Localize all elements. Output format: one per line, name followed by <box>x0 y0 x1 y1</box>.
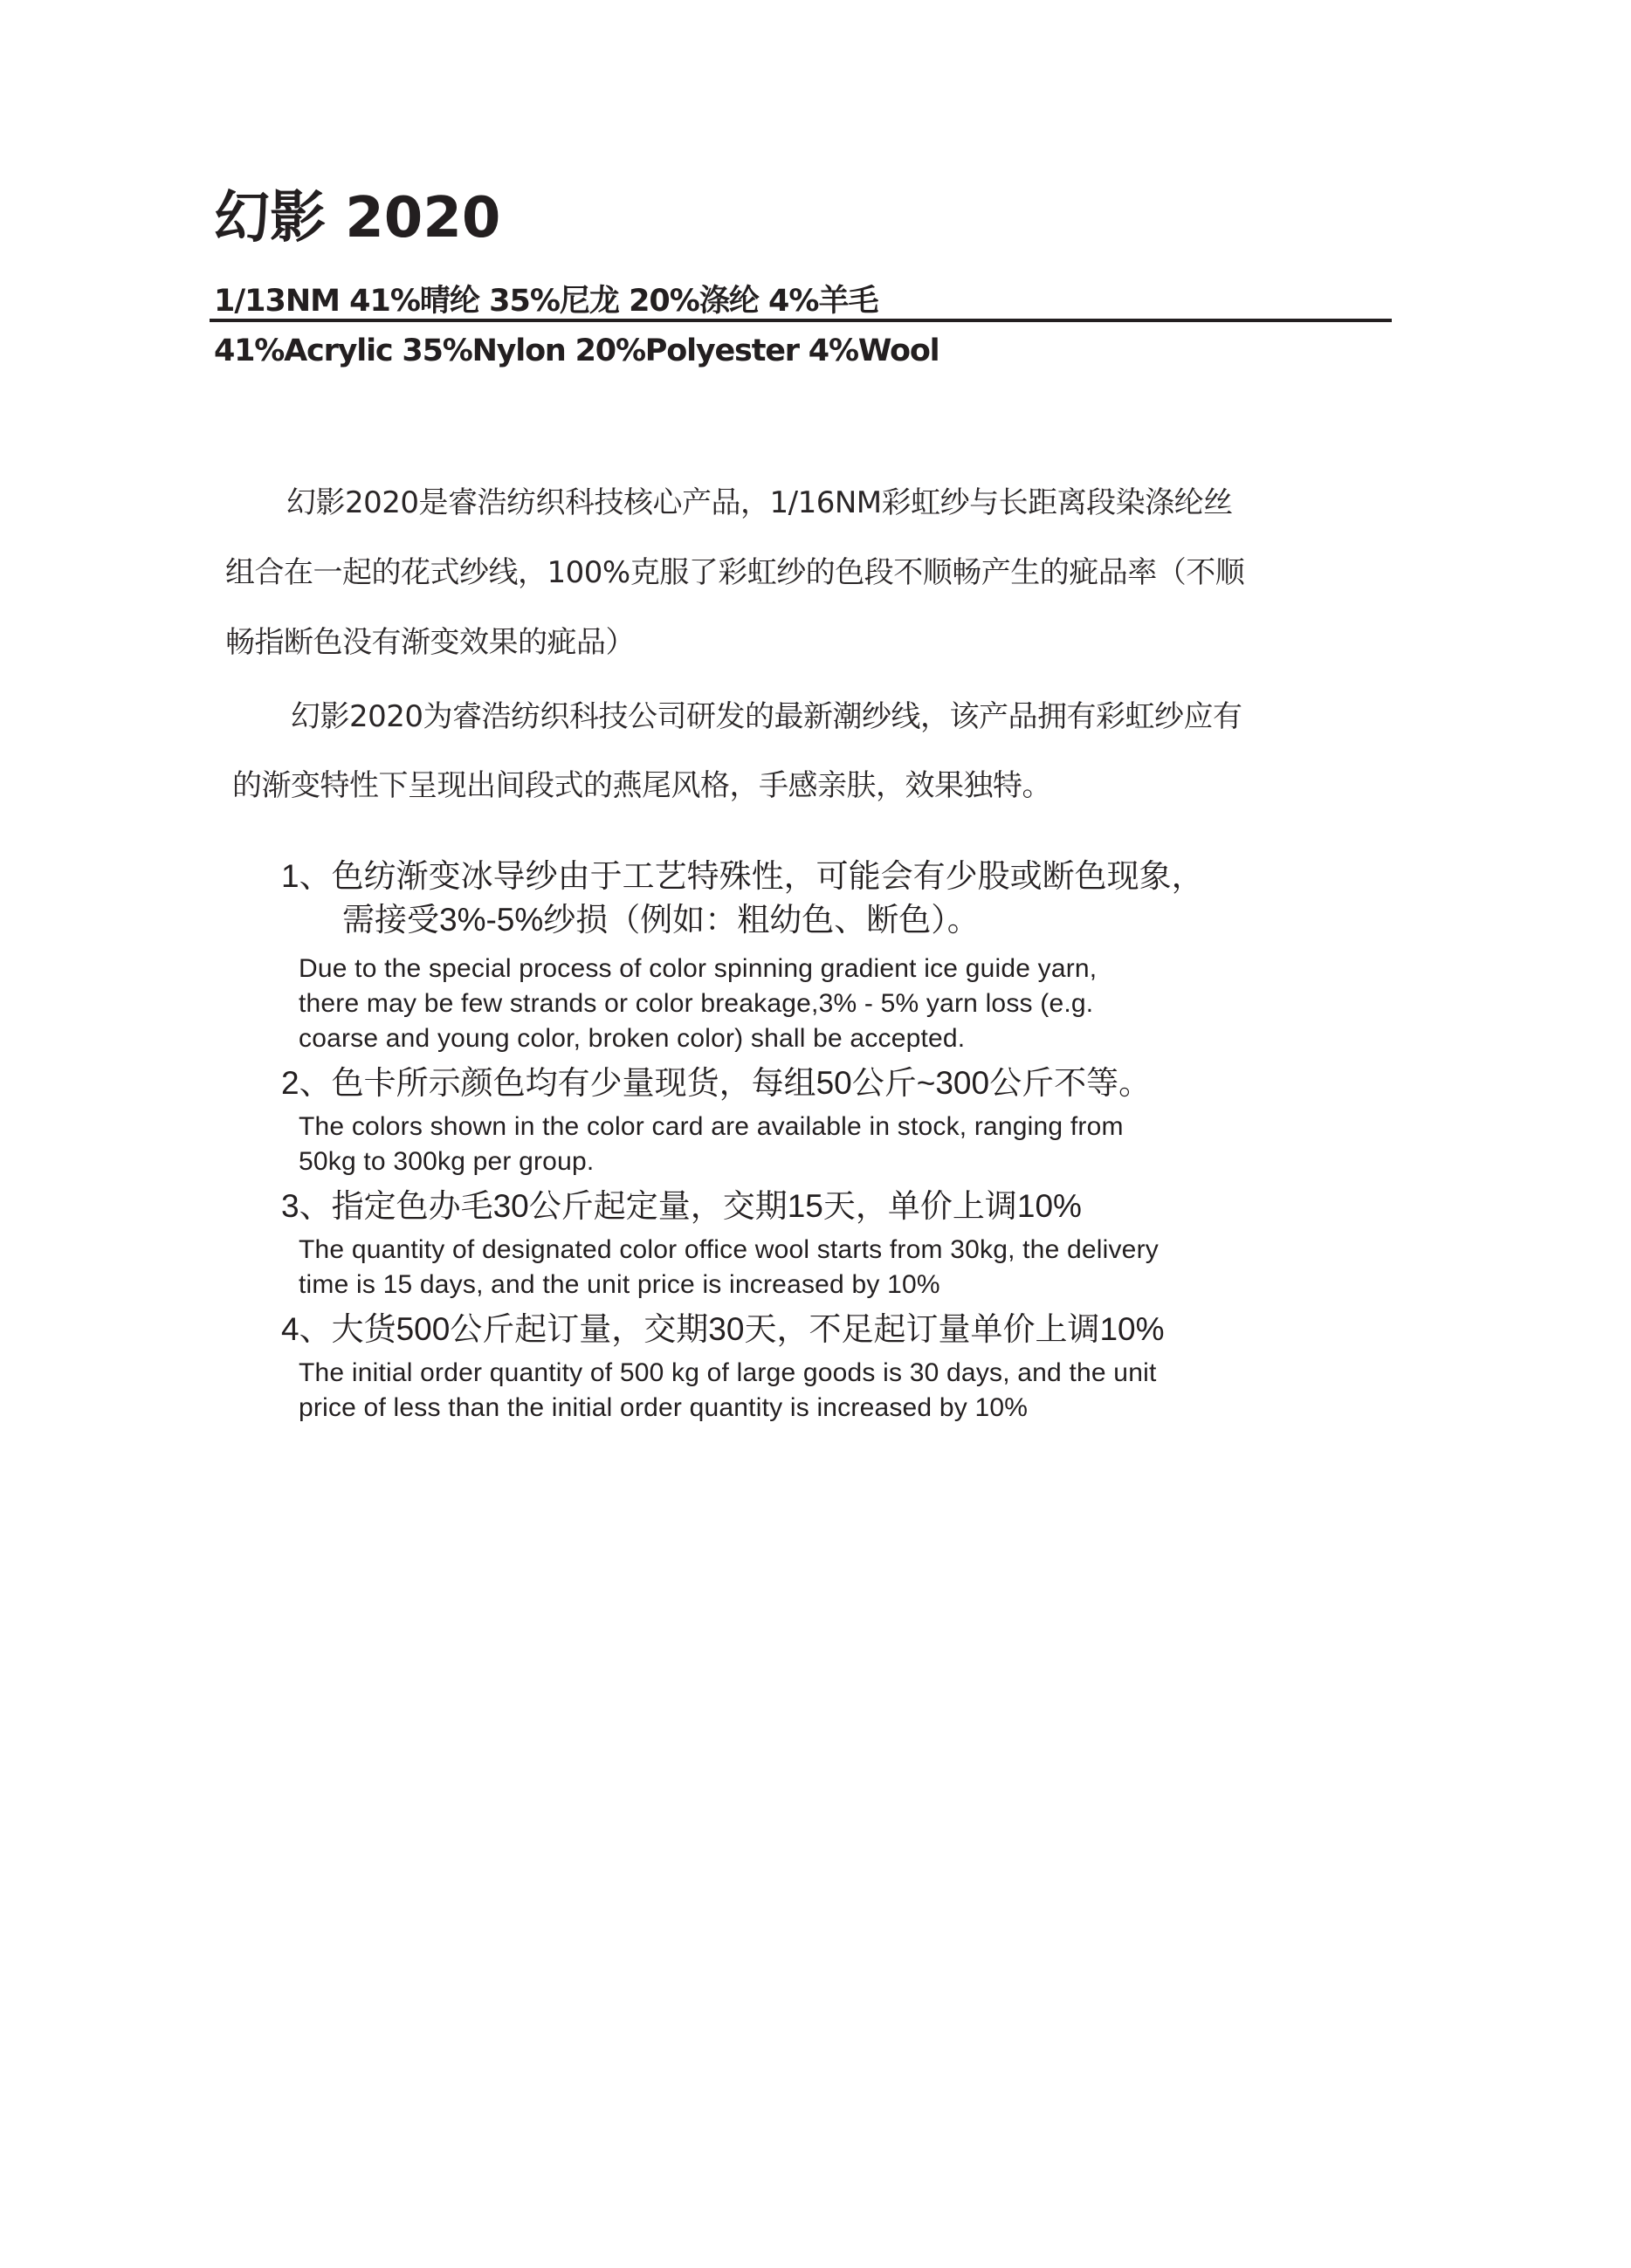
note-2-english-line-1: The colors shown in the color card are a… <box>299 1110 1124 1144</box>
intro-paragraph-2-line-2: 的渐变特性下呈现出间段式的燕尾风格，手感亲肤，效果独特。 <box>232 761 1051 810</box>
note-2-chinese: 2、色卡所示颜色均有少量现货，每组50公斤~300公斤不等。 <box>281 1061 1151 1106</box>
note-4-english-line-1: The initial order quantity of 500 kg of … <box>299 1356 1156 1391</box>
composition-english: 41%Acrylic 35%Nylon 20%Polyester 4%Wool <box>214 329 939 373</box>
intro-paragraph-1-line-2: 组合在一起的花式纱线，100%克服了彩虹纱的色段不顺畅产生的疵品率（不顺 <box>225 548 1244 597</box>
note-3-english-line-2: time is 15 days, and the unit price is i… <box>299 1268 940 1302</box>
note-1-chinese-line-2: 需接受3%-5%纱损（例如：粗幼色、断色）。 <box>342 897 980 943</box>
intro-paragraph-2-line-1: 幻影2020为睿浩纺织科技公司研发的最新潮纱线，该产品拥有彩虹纱应有 <box>291 692 1242 741</box>
note-3-chinese: 3、指定色办毛30公斤起定量，交期15天，单价上调10% <box>281 1184 1082 1229</box>
intro-paragraph-1-line-1: 幻影2020是睿浩纺织科技核心产品，1/16NM彩虹纱与长距离段染涤纶丝 <box>286 478 1233 527</box>
note-4-english-line-2: price of less than the initial order qua… <box>299 1391 1028 1426</box>
product-title: 幻影 2020 <box>214 179 500 258</box>
header-divider <box>210 319 1392 322</box>
note-3-english-line-1: The quantity of designated color office … <box>299 1233 1159 1268</box>
note-4-chinese: 4、大货500公斤起订量，交期30天，不足起订量单价上调10% <box>281 1307 1165 1352</box>
note-1-english-line-3: coarse and young color, broken color) sh… <box>299 1021 965 1056</box>
note-2-english-line-2: 50kg to 300kg per group. <box>299 1144 594 1179</box>
composition-chinese: 1/13NM 41%晴纶 35%尼龙 20%涤纶 4%羊毛 <box>214 279 877 323</box>
note-1-english-line-2: there may be few strands or color breaka… <box>299 986 1093 1021</box>
note-1-chinese-line-1: 1、色纺渐变冰导纱由于工艺特殊性，可能会有少股或断色现象， <box>281 854 1204 899</box>
intro-paragraph-1-line-3: 畅指断色没有渐变效果的疵品） <box>225 618 635 667</box>
note-1-english-line-1: Due to the special process of color spin… <box>299 952 1097 986</box>
